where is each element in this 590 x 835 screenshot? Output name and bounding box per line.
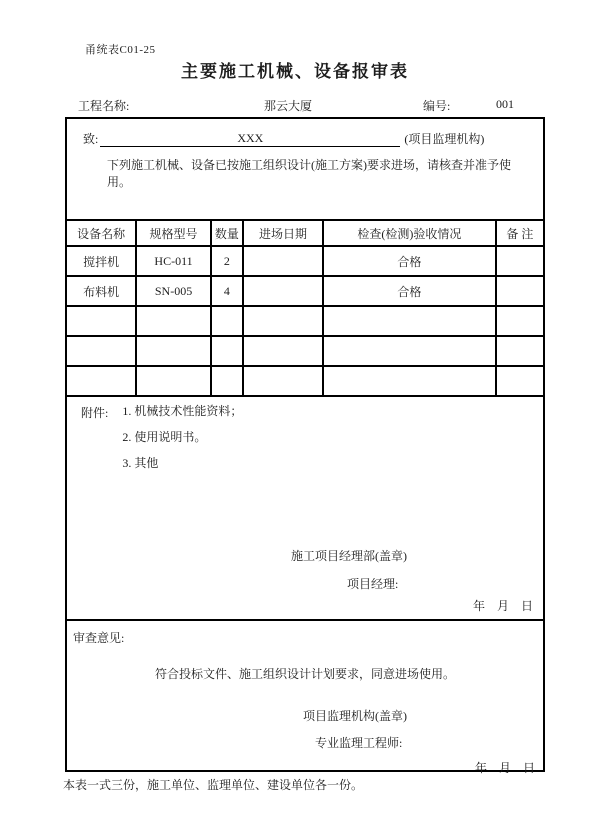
- addressee-value: XXX: [100, 130, 400, 147]
- cell-equipment-name: 搅拌机: [66, 246, 136, 276]
- copies-note: 本表一式三份，施工单位、监理单位、建设单位各一份。: [63, 776, 363, 793]
- table-row: 搅拌机 HC-011 2 合格: [66, 246, 544, 276]
- cell-remarks: [496, 366, 544, 396]
- cell-spec-model: [136, 336, 211, 366]
- cell-spec-model: SN-005: [136, 276, 211, 306]
- cell-quantity: 4: [211, 276, 243, 306]
- header-quantity: 数量: [211, 220, 243, 246]
- review-date-line: 年 月 日: [475, 759, 535, 776]
- attachments-section: 附件: 1. 机械技术性能资料； 2. 使用说明书。 3. 其他: [81, 404, 533, 482]
- review-opinion-text: 符合投标文件、施工组织设计计划要求，同意进场使用。: [67, 665, 543, 682]
- contractor-date-line: 年 月 日: [473, 597, 533, 614]
- header-entry-date: 进场日期: [243, 220, 323, 246]
- cell-remarks: [496, 246, 544, 276]
- attachment-item-3: 3. 其他: [122, 456, 242, 470]
- cell-entry-date: [243, 246, 323, 276]
- header-equipment-name: 设备名称: [66, 220, 136, 246]
- addressee-label: 致:: [83, 131, 98, 147]
- project-name-value: 那云大厦: [238, 97, 338, 114]
- cell-quantity: 2: [211, 246, 243, 276]
- cell-entry-date: [243, 276, 323, 306]
- form-number-value: 001: [483, 97, 527, 112]
- cell-equipment-name: 布料机: [66, 276, 136, 306]
- table-row: [66, 336, 544, 366]
- project-name-label: 工程名称:: [78, 97, 129, 114]
- cell-inspection-status: [323, 306, 496, 336]
- cell-spec-model: HC-011: [136, 246, 211, 276]
- cell-quantity: [211, 366, 243, 396]
- header-inspection-status: 检查(检测)验收情况: [323, 220, 496, 246]
- page-title: 主要施工机械、设备报审表: [0, 57, 590, 82]
- form-body-box: 致: XXX (项目监理机构) 下列施工机械、设备已按施工组织设计(施工方案)要…: [65, 117, 545, 772]
- header-remarks: 备 注: [496, 220, 544, 246]
- cell-entry-date: [243, 306, 323, 336]
- cell-spec-model: [136, 366, 211, 396]
- addressee-line: 致: XXX (项目监理机构): [83, 130, 535, 147]
- header-spec-model: 规格型号: [136, 220, 211, 246]
- review-opinion-label: 审查意见:: [73, 629, 124, 646]
- table-row: [66, 306, 544, 336]
- cell-quantity: [211, 336, 243, 366]
- attachments-label: 附件:: [81, 404, 108, 421]
- cell-inspection-status: 合格: [323, 246, 496, 276]
- table-row: [66, 366, 544, 396]
- cell-inspection-status: [323, 336, 496, 366]
- review-section: 审查意见: 符合投标文件、施工组织设计计划要求，同意进场使用。 项目监理机构(盖…: [67, 619, 543, 770]
- cell-entry-date: [243, 336, 323, 366]
- cell-remarks: [496, 306, 544, 336]
- equipment-table: 设备名称 规格型号 数量 进场日期 检查(检测)验收情况 备 注 搅拌机 HC-…: [65, 219, 545, 397]
- cell-entry-date: [243, 366, 323, 396]
- cell-equipment-name: [66, 306, 136, 336]
- declaration-text: 下列施工机械、设备已按施工组织设计(施工方案)要求进场，请核查并准予使用。: [107, 157, 531, 191]
- attachments-list: 1. 机械技术性能资料； 2. 使用说明书。 3. 其他: [122, 404, 242, 482]
- attachment-item-1: 1. 机械技术性能资料；: [122, 404, 242, 418]
- cell-remarks: [496, 276, 544, 306]
- cell-spec-model: [136, 306, 211, 336]
- cell-equipment-name: [66, 336, 136, 366]
- table-row: 布料机 SN-005 4 合格: [66, 276, 544, 306]
- addressee-suffix: (项目监理机构): [404, 131, 484, 147]
- form-number-label: 编号:: [423, 97, 450, 114]
- table-header-row: 设备名称 规格型号 数量 进场日期 检查(检测)验收情况 备 注: [66, 220, 544, 246]
- cell-remarks: [496, 336, 544, 366]
- supervisor-org-stamp-label: 项目监理机构(盖章): [303, 707, 407, 724]
- supervising-engineer-label: 专业监理工程师:: [315, 734, 402, 751]
- attachment-item-2: 2. 使用说明书。: [122, 430, 242, 444]
- form-code: 甬统表C01-25: [85, 41, 156, 57]
- contractor-org-stamp-label: 施工项目经理部(盖章): [291, 547, 407, 564]
- cell-quantity: [211, 306, 243, 336]
- cell-inspection-status: 合格: [323, 276, 496, 306]
- cell-inspection-status: [323, 366, 496, 396]
- project-manager-label: 项目经理:: [347, 575, 398, 592]
- cell-equipment-name: [66, 366, 136, 396]
- form-document: 甬统表C01-25 主要施工机械、设备报审表 工程名称: 那云大厦 编号: 00…: [0, 0, 590, 835]
